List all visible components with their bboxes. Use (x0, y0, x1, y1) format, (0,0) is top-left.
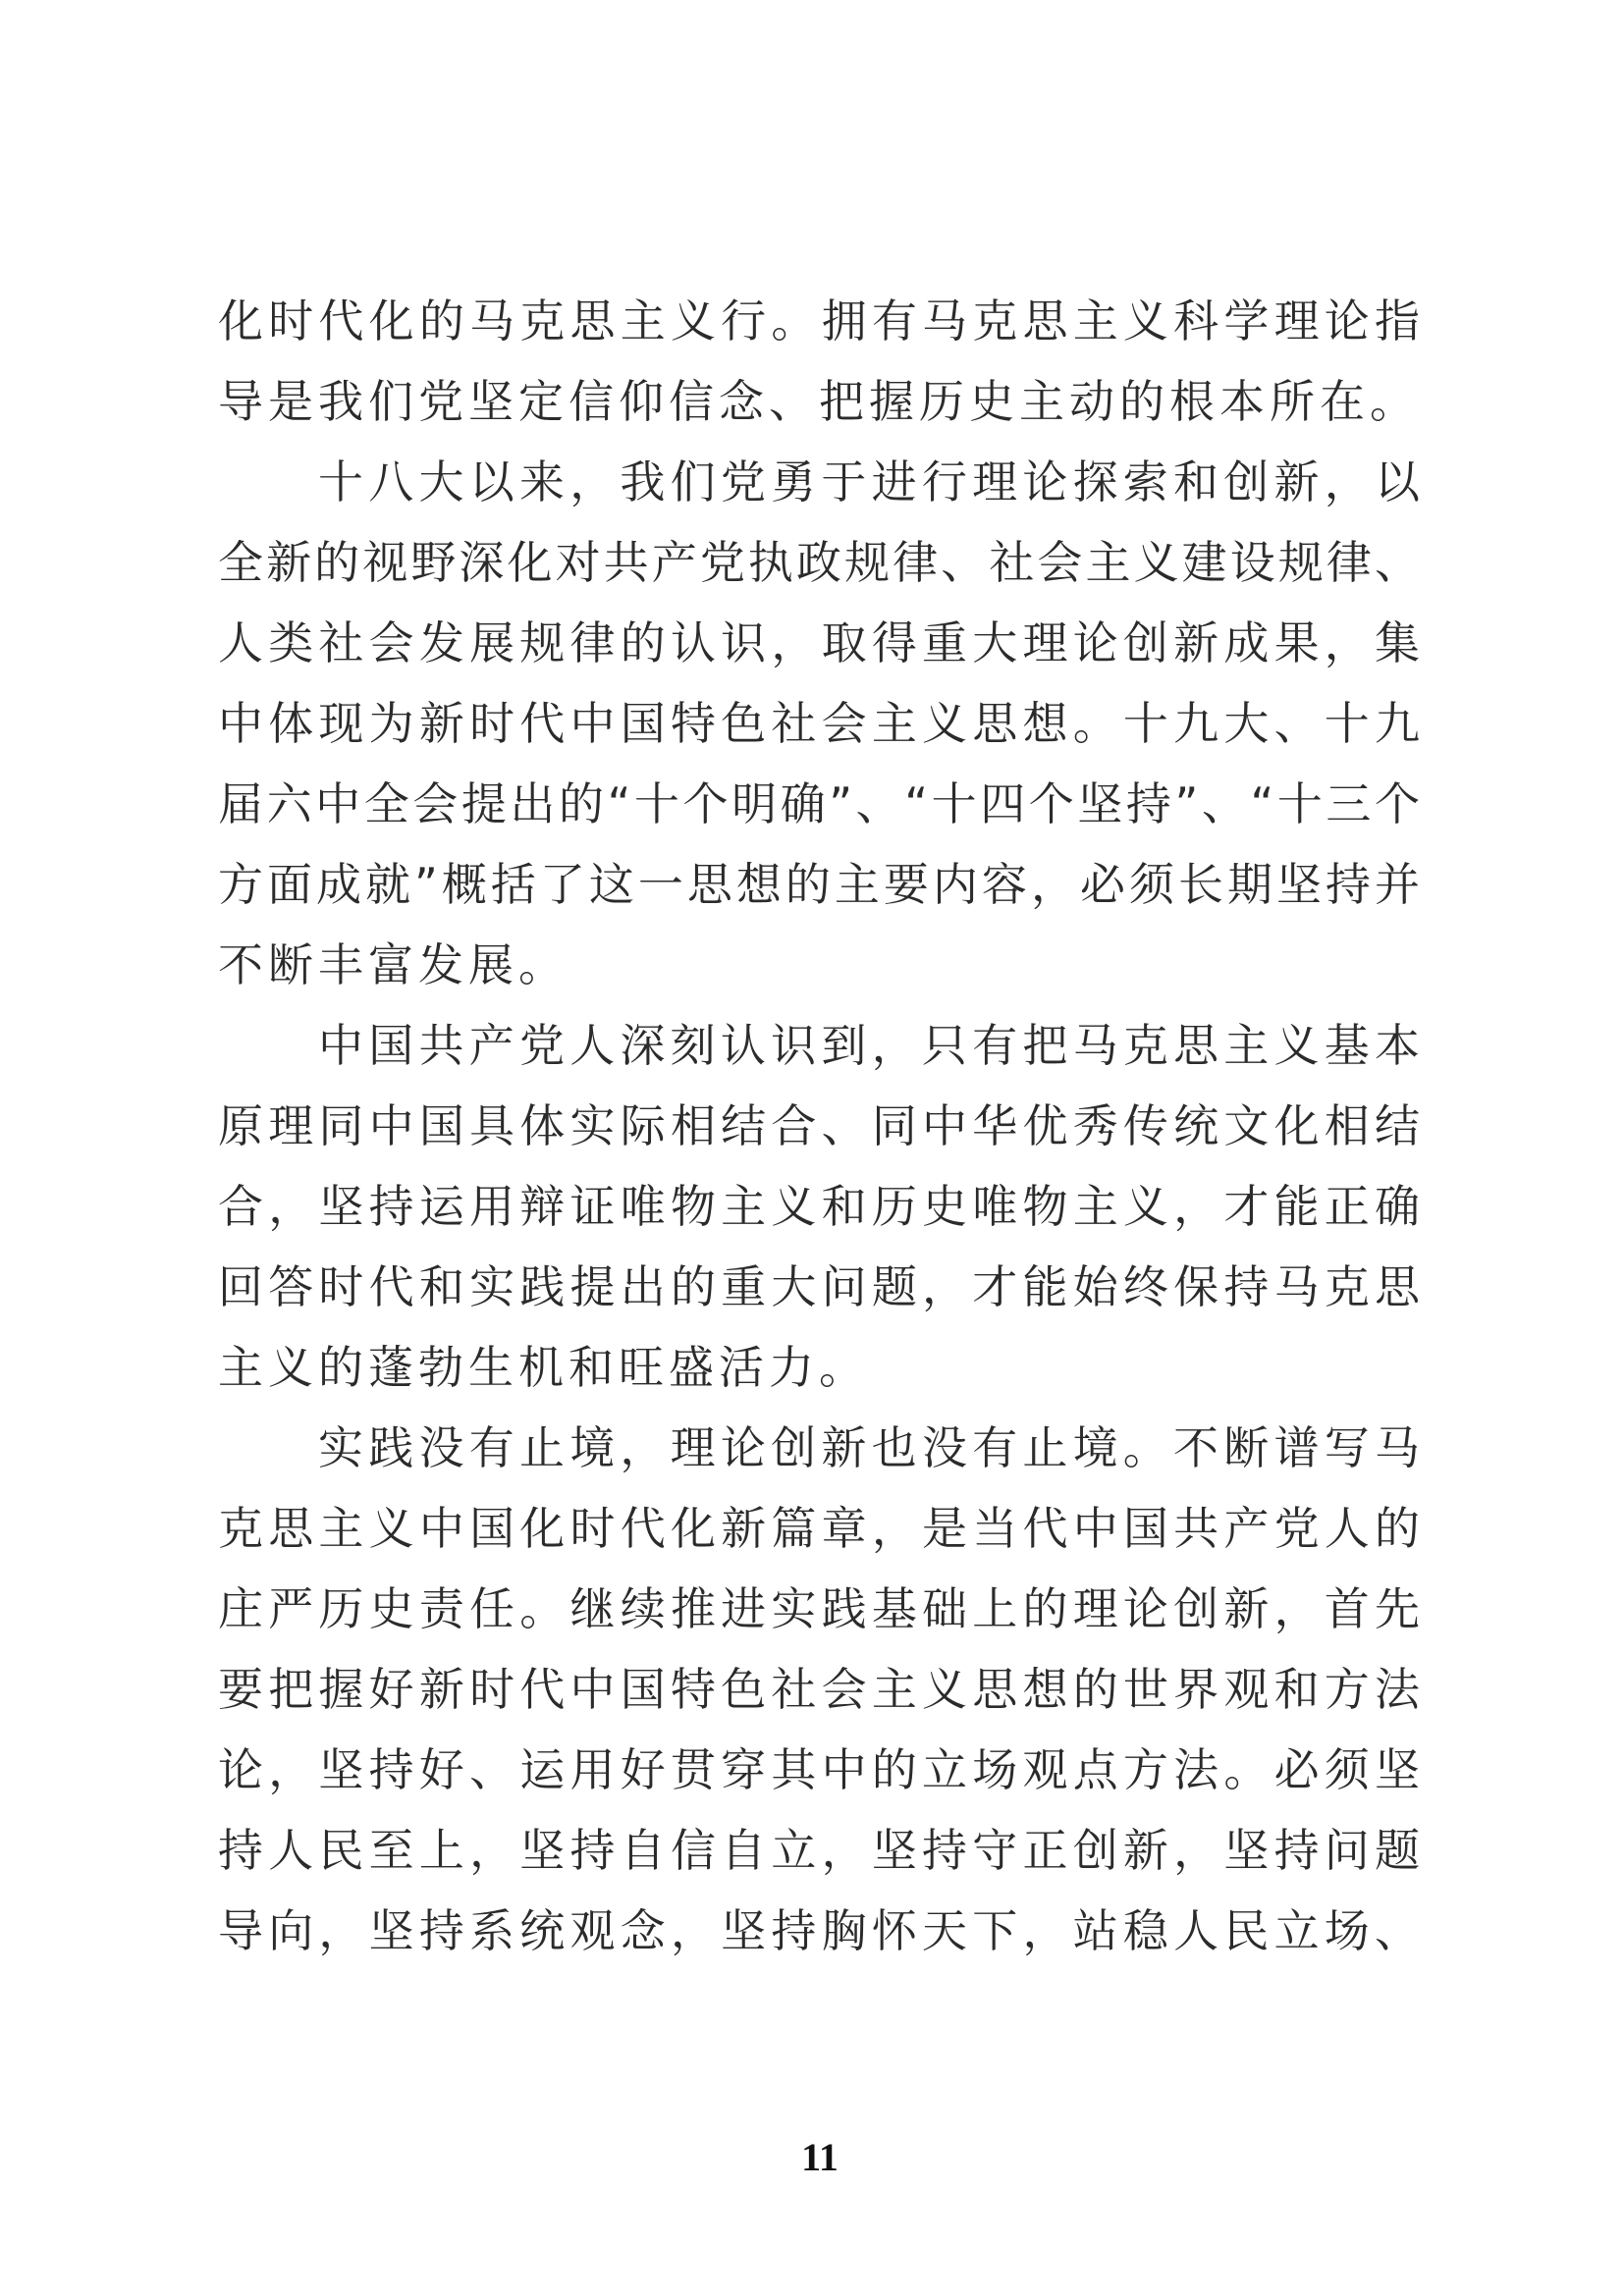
text-line: 主义的蓬勃生机和旺盛活力。 (218, 1337, 1422, 1417)
text-line: 全新的视野深化对共产党执政规律、社会主义建设规律、 (218, 532, 1422, 613)
text-line: 十八大以来，我们党勇于进行理论探索和创新，以 (218, 452, 1422, 532)
page-number: 11 (0, 2134, 1624, 2180)
document-page: 化时代化的马克思主义行。拥有马克思主义科学理论指 导是我们党坚定信仰信念、把握历… (0, 0, 1624, 2296)
text-line: 庄严历史责任。继续推进实践基础上的理论创新，首先 (218, 1578, 1422, 1659)
text-line: 导向，坚持系统观念，坚持胸怀天下，站稳人民立场、 (218, 1900, 1422, 1981)
text-line: 回答时代和实践提出的重大问题，才能始终保持马克思 (218, 1256, 1422, 1337)
text-line: 要把握好新时代中国特色社会主义思想的世界观和方法 (218, 1659, 1422, 1739)
body-text: 化时代化的马克思主义行。拥有马克思主义科学理论指 导是我们党坚定信仰信念、把握历… (218, 291, 1422, 1981)
paragraph-2: 十八大以来，我们党勇于进行理论探索和创新，以 全新的视野深化对共产党执政规律、社… (218, 452, 1422, 1015)
text-line: 人类社会发展规律的认识，取得重大理论创新成果，集 (218, 613, 1422, 693)
text-line: 不断丰富发展。 (218, 934, 1422, 1015)
paragraph-4: 实践没有止境，理论创新也没有止境。不断谱写马 克思主义中国化时代化新篇章，是当代… (218, 1417, 1422, 1981)
text-line: 中体现为新时代中国特色社会主义思想。十九大、十九 (218, 693, 1422, 774)
text-line: 届六中全会提出的“十个明确”、“十四个坚持”、“十三个 (218, 774, 1422, 854)
text-line: 克思主义中国化时代化新篇章，是当代中国共产党人的 (218, 1498, 1422, 1578)
paragraph-3: 中国共产党人深刻认识到，只有把马克思主义基本 原理同中国具体实际相结合、同中华优… (218, 1015, 1422, 1417)
text-line: 合，坚持运用辩证唯物主义和历史唯物主义，才能正确 (218, 1176, 1422, 1256)
text-line: 持人民至上，坚持自信自立，坚持守正创新，坚持问题 (218, 1820, 1422, 1900)
text-line: 中国共产党人深刻认识到，只有把马克思主义基本 (218, 1015, 1422, 1095)
text-line: 实践没有止境，理论创新也没有止境。不断谱写马 (218, 1417, 1422, 1498)
text-line: 原理同中国具体实际相结合、同中华优秀传统文化相结 (218, 1095, 1422, 1176)
text-line: 方面成就”概括了这一思想的主要内容，必须长期坚持并 (218, 854, 1422, 934)
text-line: 导是我们党坚定信仰信念、把握历史主动的根本所在。 (218, 371, 1422, 452)
text-line: 化时代化的马克思主义行。拥有马克思主义科学理论指 (218, 291, 1422, 371)
text-line: 论，坚持好、运用好贯穿其中的立场观点方法。必须坚 (218, 1739, 1422, 1820)
paragraph-1: 化时代化的马克思主义行。拥有马克思主义科学理论指 导是我们党坚定信仰信念、把握历… (218, 291, 1422, 452)
